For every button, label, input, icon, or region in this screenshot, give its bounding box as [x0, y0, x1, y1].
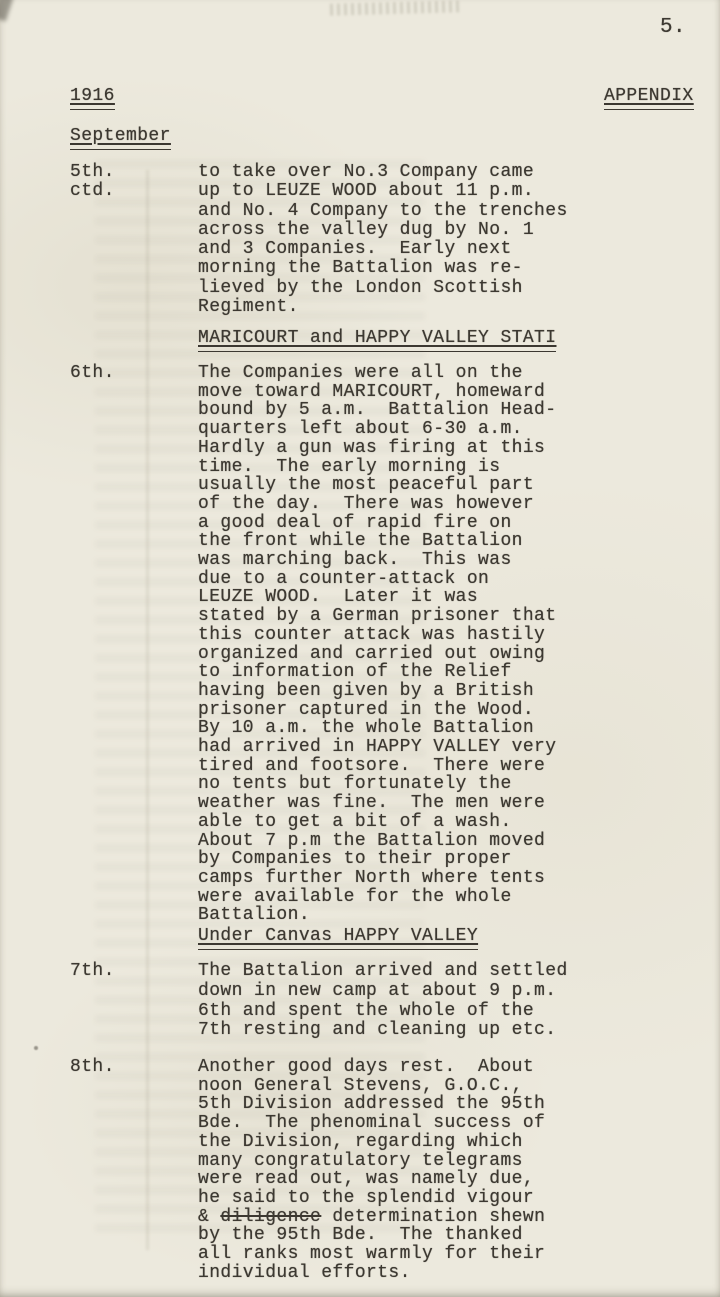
- entry-body-8th: Another good days rest. About noon Gener…: [198, 1058, 545, 1282]
- entry-date-7th: 7th.: [70, 962, 115, 982]
- entry-body-6th: The Companies were all on the move towar…: [198, 364, 556, 925]
- diary-entry-5th: 5th. ctd. to take over No.3 Company came…: [70, 163, 568, 317]
- diary-entry-8th: 8th. Another good days rest. About noon …: [70, 1058, 545, 1282]
- year-text: 1916: [70, 86, 115, 110]
- month-text: September: [70, 126, 171, 150]
- appendix-text: APPENDIX: [604, 86, 694, 110]
- scanned-diary-page: 5. 1916 APPENDIX September 5th. ctd. to …: [0, 0, 720, 1297]
- entry-body-8th-before: Another good days rest. About noon Gener…: [198, 1057, 545, 1227]
- struck-through-word: diligence: [220, 1207, 321, 1227]
- section-heading-maricourt: MARICOURT and HAPPY VALLEY STATI: [198, 328, 556, 352]
- stray-ink-dot: [34, 1046, 38, 1050]
- section-heading-under-canvas: Under Canvas HAPPY VALLEY: [198, 926, 478, 950]
- year-heading: 1916: [70, 86, 115, 110]
- corner-scan-mark: [0, 0, 14, 22]
- section-heading-text: Under Canvas HAPPY VALLEY: [198, 926, 478, 950]
- entry-date-6th: 6th.: [70, 364, 115, 383]
- entry-date-8th: 8th.: [70, 1058, 115, 1077]
- entry-body-7th: The Battalion arrived and settled down i…: [198, 962, 568, 1041]
- entry-body-5th: to take over No.3 Company came up to LEU…: [198, 163, 568, 317]
- appendix-label: APPENDIX: [604, 86, 694, 110]
- page-number: 5.: [660, 16, 686, 39]
- section-heading-text: MARICOURT and HAPPY VALLEY STATI: [198, 328, 556, 352]
- diary-entry-7th: 7th. The Battalion arrived and settled d…: [70, 962, 568, 1041]
- diary-entry-6th: 6th. The Companies were all on the move …: [70, 364, 556, 925]
- month-heading: September: [70, 126, 171, 150]
- ink-bleed-through-mark: [330, 0, 460, 15]
- entry-date-5th: 5th. ctd.: [70, 163, 115, 202]
